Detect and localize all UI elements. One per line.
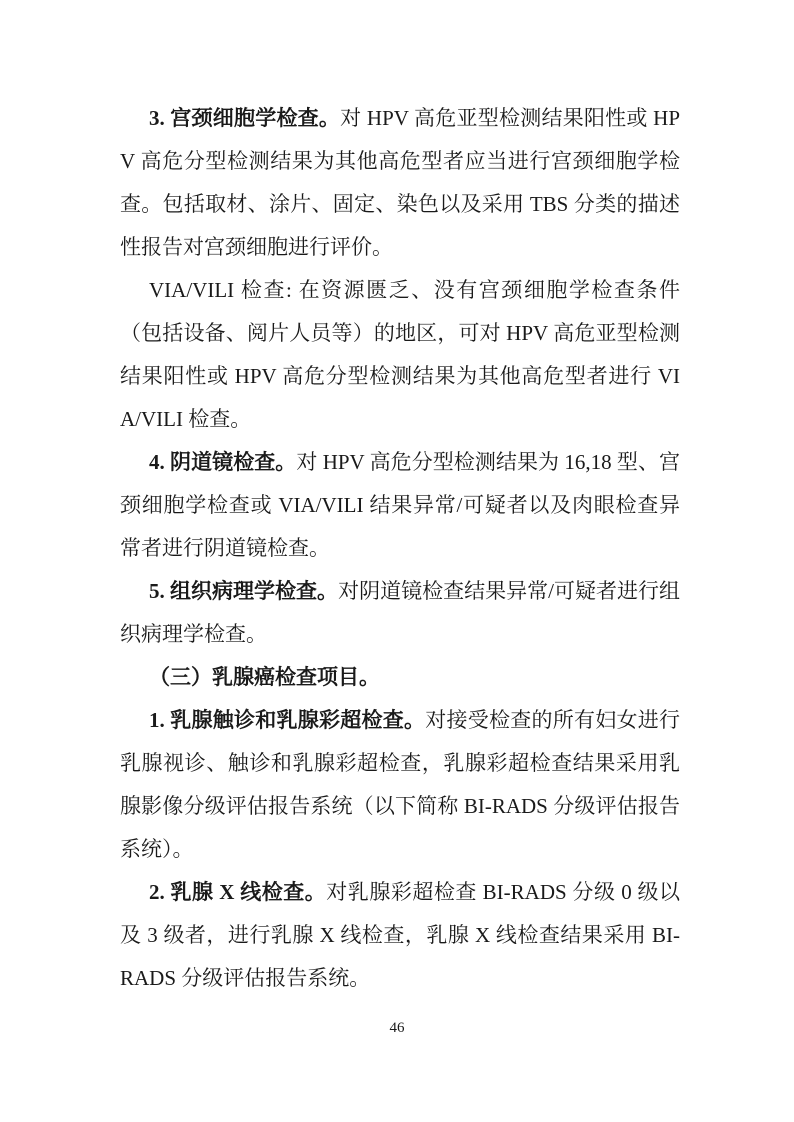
- paragraph-lead: 2. 乳腺 X 线检查。: [149, 880, 326, 904]
- paragraph-body: VIA/VILI 检查: 在资源匮乏、没有宫颈细胞学检查条件（包括设备、阅片人员…: [120, 278, 680, 431]
- paragraph-lead: 1. 乳腺触诊和乳腺彩超检查。: [149, 708, 425, 732]
- paragraph-breast-palpation-ultrasound: 1. 乳腺触诊和乳腺彩超检查。对接受检查的所有妇女进行乳腺视诊、触诊和乳腺彩超检…: [120, 699, 680, 871]
- paragraph-breast-xray: 2. 乳腺 X 线检查。对乳腺彩超检查 BI-RADS 分级 0 级以及 3 级…: [120, 871, 680, 1000]
- page-number: 46: [0, 1018, 794, 1038]
- heading-breast-cancer-items: （三）乳腺癌检查项目。: [120, 656, 680, 699]
- paragraph-colposcopy: 4. 阴道镜检查。对 HPV 高危分型检测结果为 16,18 型、宫颈细胞学检查…: [120, 441, 680, 570]
- paragraph-lead: 4. 阴道镜检查。: [149, 450, 296, 474]
- heading-lead: （三）乳腺癌检查项目。: [149, 665, 380, 689]
- paragraph-via-vili: VIA/VILI 检查: 在资源匮乏、没有宫颈细胞学检查条件（包括设备、阅片人员…: [120, 269, 680, 441]
- paragraph-cervical-cytology: 3. 宫颈细胞学检查。对 HPV 高危亚型检测结果阳性或 HPV 高危分型检测结…: [120, 97, 680, 269]
- paragraph-histopathology: 5. 组织病理学检查。对阴道镜检查结果异常/可疑者进行组织病理学检查。: [120, 570, 680, 656]
- paragraph-lead: 5. 组织病理学检查。: [149, 579, 338, 603]
- paragraph-lead: 3. 宫颈细胞学检查。: [149, 106, 340, 130]
- document-body: 3. 宫颈细胞学检查。对 HPV 高危亚型检测结果阳性或 HPV 高危分型检测结…: [120, 97, 680, 1000]
- document-page: 3. 宫颈细胞学检查。对 HPV 高危亚型检测结果阳性或 HPV 高危分型检测结…: [0, 0, 794, 1122]
